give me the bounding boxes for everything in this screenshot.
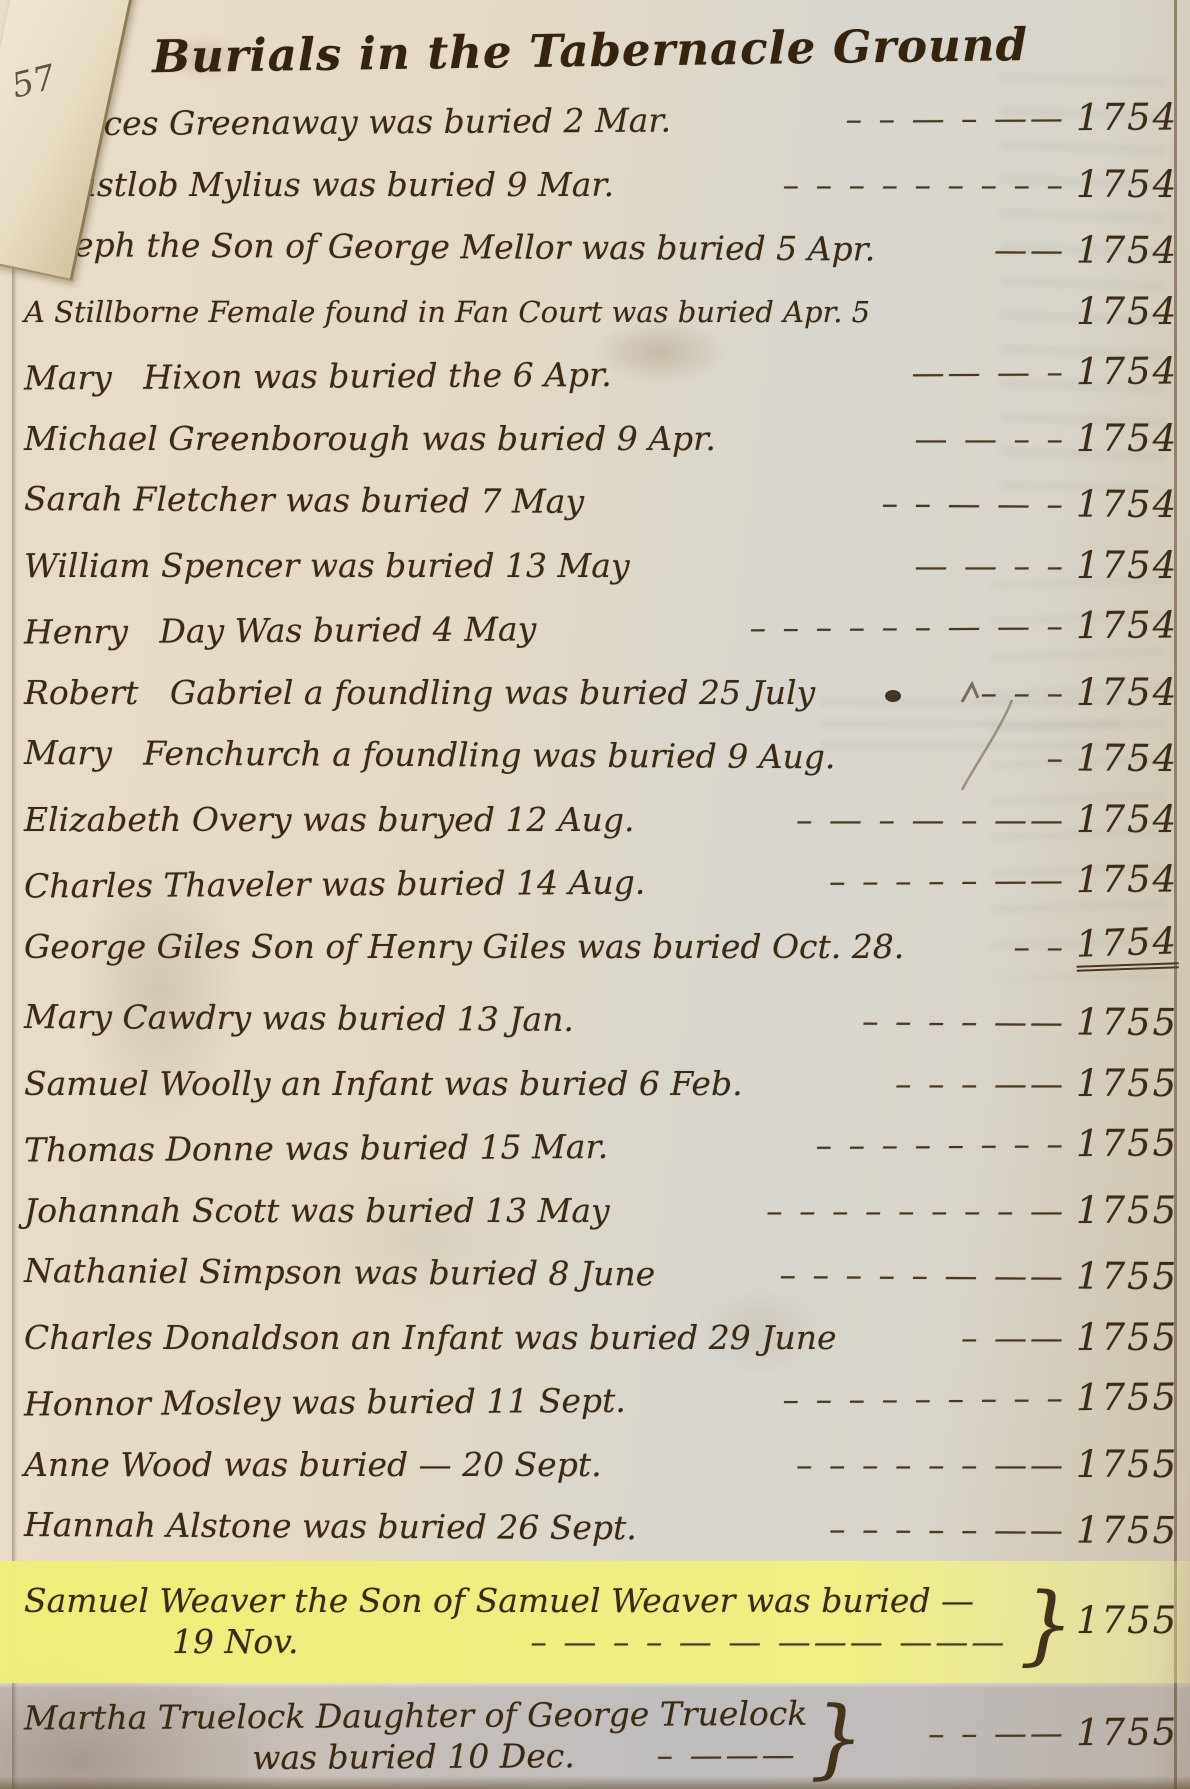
burial-entry: Nathaniel Simpson was buried 8 June– – –… (24, 1240, 1174, 1310)
year-value: 1755 (1076, 1512, 1174, 1551)
burial-entry: Christlob Mylius was buried 9 Mar.– – – … (24, 154, 1174, 218)
year-value: 1754 (1076, 166, 1174, 205)
entry-text: Mary Fenchurch a foundling was buried 9 … (24, 736, 836, 775)
entry-lines: Charles Donaldson an Infant was buried 2… (24, 1321, 1076, 1356)
entry-line-1: Frances Greenaway was buried 2 Mar.– – —… (24, 102, 1076, 143)
entry-lines: Martha Truelock Daughter of George Truel… (24, 1697, 808, 1777)
burial-entry: Mary Fenchurch a foundling was buried 9 … (24, 722, 1174, 792)
entry-lines: Samuel Woolly an Infant was buried 6 Feb… (24, 1067, 1076, 1102)
entry-lines: Henry Day Was buried 4 May– – – – – – — … (24, 610, 1076, 651)
year-value: 1754 (1076, 674, 1174, 713)
burial-entry: Mary Hixon was buried the 6 Apr.—— — –17… (24, 340, 1174, 411)
entry-line-2: was buried 10 Dec.– ——— (24, 1737, 808, 1776)
dash-leader: – – – – – – – – – (626, 1382, 1076, 1419)
brace-mark: } (809, 1703, 864, 1772)
year-value: 1755 (1076, 1192, 1174, 1231)
year-value: 1755 (1076, 1065, 1174, 1104)
entry-lines: Thomas Donne was buried 15 Mar.– – – – –… (24, 1128, 1076, 1169)
year-value: 1754 (1076, 293, 1174, 332)
burial-entry: Hannah Alstone was buried 26 Sept.– – – … (24, 1494, 1174, 1564)
year-value: 1754 (1076, 99, 1174, 138)
entry-text: Mary Hixon was buried the 6 Apr. (24, 358, 612, 396)
burial-entry: Henry Day Was buried 4 May– – – – – – — … (24, 594, 1174, 665)
burial-entry: William Spencer was buried 13 May— — – –… (24, 535, 1174, 599)
burial-entry: Samuel Weaver the Son of Samuel Weaver w… (0, 1561, 1190, 1683)
year-value: 1754 (1076, 486, 1174, 525)
year-value: 1755 (1076, 1602, 1174, 1641)
year-value: 1755 (1076, 1319, 1174, 1358)
year-value: 1754 (1076, 420, 1174, 459)
entry-line-1: Thomas Donne was buried 15 Mar.– – – – –… (24, 1128, 1076, 1169)
entry-line-1: Martha Truelock Daughter of George Truel… (24, 1697, 808, 1736)
entry-line-1: Joseph the Son of George Mellor was buri… (24, 228, 1076, 268)
dash-leader: – (835, 741, 1076, 777)
dash-leader: – – — — – (584, 485, 1076, 522)
book-right-edge (1176, 0, 1190, 1789)
year-value: 1755 (1076, 1258, 1174, 1297)
entry-text: Samuel Weaver the Son of Samuel Weaver w… (24, 1584, 974, 1619)
entry-text: William Spencer was buried 13 May (24, 549, 630, 584)
dash-leader: – – – – – —— (637, 1512, 1076, 1549)
entry-text: Charles Thaveler was buried 14 Aug. (24, 866, 645, 904)
entry-lines: Joseph the Son of George Mellor was buri… (24, 228, 1076, 268)
entry-text: Christlob Mylius was buried 9 Mar. (24, 168, 614, 203)
year-value: 1754 (1076, 232, 1174, 271)
year-value: 1755 (1076, 1446, 1174, 1485)
dash-leader: – – – – – — —— (655, 1258, 1076, 1295)
dash-leader: – – – —— (743, 1067, 1076, 1102)
year-value: 1754 (1076, 924, 1174, 970)
entry-text: Elizabeth Overy was buryed 12 Aug. (24, 803, 635, 838)
entry-lines: Elizabeth Overy was buryed 12 Aug.– — – … (24, 803, 1076, 838)
entry-line-1: Elizabeth Overy was buryed 12 Aug.– — – … (24, 803, 1076, 838)
entry-line-1: Mary Hixon was buried the 6 Apr.—— — – (24, 356, 1076, 397)
burial-entry: Charles Donaldson an Infant was buried 2… (24, 1307, 1174, 1371)
dash-leader: – – —— (866, 1715, 1076, 1751)
entry-text-continued: 19 Nov. (172, 1625, 298, 1660)
entry-line-1: Robert Gabriel a foundling was buried 25… (24, 676, 1076, 711)
entry-line-1: Christlob Mylius was buried 9 Mar.– – – … (24, 168, 1076, 203)
entry-lines: Frances Greenaway was buried 2 Mar.– – —… (24, 102, 1076, 143)
dash-leader: – – – – – —— (645, 864, 1076, 901)
year-value: 1754 (1076, 353, 1174, 392)
burial-entry: Johannah Scott was buried 13 May– – – – … (24, 1180, 1174, 1244)
entry-line-1: Mary Fenchurch a foundling was buried 9 … (24, 736, 1076, 776)
dash-leader: — — – – (716, 422, 1076, 457)
year-value: 1754 (1076, 740, 1174, 779)
entry-line-1: Samuel Weaver the Son of Samuel Weaver w… (24, 1584, 1017, 1619)
entry-text: Robert Gabriel a foundling was buried 25… (24, 676, 815, 711)
burial-entry: Anne Wood was buried — 20 Sept.– – – – –… (24, 1434, 1174, 1498)
entry-lines: Nathaniel Simpson was buried 8 June– – –… (24, 1254, 1076, 1294)
entry-text: Anne Wood was buried — 20 Sept. (24, 1448, 602, 1483)
burial-entry: Joseph the Son of George Mellor was buri… (24, 214, 1174, 284)
dash-leader: – – – – – – – – (608, 1128, 1076, 1165)
burial-entry: Mary Cawdry was buried 13 Jan.– – – – ——… (24, 986, 1174, 1056)
entry-text: Frances Greenaway was buried 2 Mar. (24, 104, 671, 143)
burial-entry: Thomas Donne was buried 15 Mar.– – – – –… (24, 1112, 1174, 1183)
burial-entry: Sarah Fletcher was buried 7 May– – — — –… (24, 468, 1174, 538)
entry-line-1: Sarah Fletcher was buried 7 May– – — — – (24, 482, 1076, 522)
burial-entry: Frances Greenaway was buried 2 Mar.– – —… (24, 86, 1174, 157)
dash-leader: – – – – —— (574, 1003, 1076, 1040)
entry-text: Michael Greenborough was buried 9 Apr. (24, 422, 716, 457)
burial-entry: Charles Thaveler was buried 14 Aug.– – –… (24, 848, 1174, 919)
entry-text: Hannah Alstone was buried 26 Sept. (24, 1508, 637, 1546)
dash-leader: – – – – – – – – – (614, 168, 1076, 203)
entry-text: Honnor Mosley was buried 11 Sept. (24, 1384, 626, 1422)
entry-text: Charles Donaldson an Infant was buried 2… (24, 1321, 836, 1356)
binding-edge (0, 0, 12, 1789)
entry-line-1: Nathaniel Simpson was buried 8 June– – –… (24, 1254, 1076, 1294)
entry-text: George Giles Son of Henry Giles was buri… (24, 930, 904, 965)
entry-lines: Sarah Fletcher was buried 7 May– – — — – (24, 482, 1076, 522)
burial-entry: A Stillborne Female found in Fan Court w… (24, 281, 1174, 345)
entry-text: Martha Truelock Daughter of George Truel… (24, 1697, 808, 1736)
entry-line-1: Mary Cawdry was buried 13 Jan.– – – – —— (24, 1000, 1076, 1040)
entry-line-1: Anne Wood was buried — 20 Sept.– – – – –… (24, 1448, 1076, 1483)
year-value: 1754 (1076, 801, 1174, 840)
dash-leader: — — – – (630, 549, 1076, 584)
entry-text: Joseph the Son of George Mellor was buri… (24, 228, 875, 267)
entry-text: Mary Cawdry was buried 13 Jan. (24, 1000, 574, 1038)
entry-lines: Mary Fenchurch a foundling was buried 9 … (24, 736, 1076, 776)
entry-lines: Michael Greenborough was buried 9 Apr.— … (24, 422, 1076, 457)
entry-text: Sarah Fletcher was buried 7 May (24, 482, 584, 520)
entry-line-2: 19 Nov.– — – – — — ——— ——— (24, 1625, 1017, 1660)
year-value: 1755 (1076, 1713, 1174, 1752)
dash-leader: – – – – – – — — – (536, 610, 1076, 648)
entry-lines: Mary Cawdry was buried 13 Jan.– – – – —— (24, 1000, 1076, 1040)
entry-line-1: Charles Thaveler was buried 14 Aug.– – –… (24, 864, 1076, 905)
entry-lines: Johannah Scott was buried 13 May– – – – … (24, 1194, 1076, 1229)
dash-leader: – ——— (575, 1737, 808, 1773)
entry-text: Johannah Scott was buried 13 May (24, 1194, 610, 1229)
burial-entry: Martha Truelock Daughter of George Truel… (24, 1679, 1175, 1789)
burial-entry: Robert Gabriel a foundling was buried 25… (24, 662, 1174, 726)
entry-line-1: Samuel Woolly an Infant was buried 6 Feb… (24, 1067, 1076, 1102)
entry-lines: Christlob Mylius was buried 9 Mar.– – – … (24, 168, 1076, 203)
entry-lines: William Spencer was buried 13 May— — – – (24, 549, 1076, 584)
entry-line-1: Honnor Mosley was buried 11 Sept.– – – –… (24, 1382, 1076, 1423)
burial-entry: Elizabeth Overy was buryed 12 Aug.– — – … (24, 789, 1174, 853)
dash-leader: – – – (815, 676, 1076, 711)
entry-lines: Samuel Weaver the Son of Samuel Weaver w… (24, 1584, 1017, 1659)
dash-leader: – – – – – – —— (602, 1448, 1076, 1483)
year-value: 1755 (1076, 1379, 1174, 1418)
entry-line-1: A Stillborne Female found in Fan Court w… (24, 297, 1076, 327)
entry-lines: Anne Wood was buried — 20 Sept.– – – – –… (24, 1448, 1076, 1483)
burial-entries: Frances Greenaway was buried 2 Mar.– – —… (24, 90, 1174, 1789)
brace-mark: } (1019, 1591, 1074, 1660)
entry-line-1: Charles Donaldson an Infant was buried 2… (24, 1321, 1076, 1356)
burial-entry: Samuel Woolly an Infant was buried 6 Feb… (24, 1053, 1174, 1117)
entry-lines: George Giles Son of Henry Giles was buri… (24, 930, 1076, 965)
entry-line-1: George Giles Son of Henry Giles was buri… (24, 930, 1076, 965)
entry-text: Thomas Donne was buried 15 Mar. (24, 1130, 608, 1168)
page-title: Burials in the Tabernacle Ground (23, 0, 1174, 98)
year-value: 1755 (1076, 1125, 1174, 1164)
entry-line-1: William Spencer was buried 13 May— — – – (24, 549, 1076, 584)
entry-lines: Honnor Mosley was buried 11 Sept.– – – –… (24, 1382, 1076, 1423)
entry-line-1: Hannah Alstone was buried 26 Sept.– – – … (24, 1508, 1076, 1548)
dash-leader: – – — – —— (671, 102, 1076, 139)
year-value: 1754 (1076, 861, 1174, 900)
entry-line-1: Michael Greenborough was buried 9 Apr.— … (24, 422, 1076, 457)
page-content: Burials in the Tabernacle Ground Frances… (24, 0, 1174, 1789)
entry-text-continued: was buried 10 Dec. (252, 1739, 575, 1776)
burial-entry: Michael Greenborough was buried 9 Apr.— … (24, 408, 1174, 472)
entry-lines: Robert Gabriel a foundling was buried 25… (24, 676, 1076, 711)
dash-leader: —— — – (612, 356, 1076, 393)
year-value: 1754 (1076, 607, 1174, 646)
burial-register-page: Burials in the Tabernacle Ground Frances… (0, 0, 1190, 1789)
entry-lines: Mary Hixon was buried the 6 Apr.—— — – (24, 356, 1076, 397)
dash-leader: – — – – — — ——— ——— (298, 1625, 1017, 1660)
entry-line-1: Henry Day Was buried 4 May– – – – – – — … (24, 610, 1076, 651)
burial-entry: Honnor Mosley was buried 11 Sept.– – – –… (24, 1366, 1174, 1437)
entry-text: Henry Day Was buried 4 May (24, 613, 537, 651)
year-value: 1754 (1076, 547, 1174, 586)
entry-lines: Charles Thaveler was buried 14 Aug.– – –… (24, 864, 1076, 905)
entry-line-1: Johannah Scott was buried 13 May– – – – … (24, 1194, 1076, 1229)
dash-leader: – – – – – – – – — (610, 1194, 1076, 1229)
dash-leader: —— (875, 233, 1076, 269)
dash-leader: – – (904, 930, 1076, 965)
entry-text: Nathaniel Simpson was buried 8 June (24, 1254, 655, 1292)
burial-entry: George Giles Son of Henry Giles was buri… (24, 916, 1174, 980)
entry-lines: Hannah Alstone was buried 26 Sept.– – – … (24, 1508, 1076, 1548)
dash-leader: – —— (836, 1321, 1076, 1356)
dash-leader: – — – — – —— (635, 803, 1076, 838)
entry-text: A Stillborne Female found in Fan Court w… (24, 297, 870, 327)
entry-lines: A Stillborne Female found in Fan Court w… (24, 297, 1076, 327)
year-value: 1755 (1076, 1004, 1174, 1043)
entry-text: Samuel Woolly an Infant was buried 6 Feb… (24, 1067, 743, 1102)
